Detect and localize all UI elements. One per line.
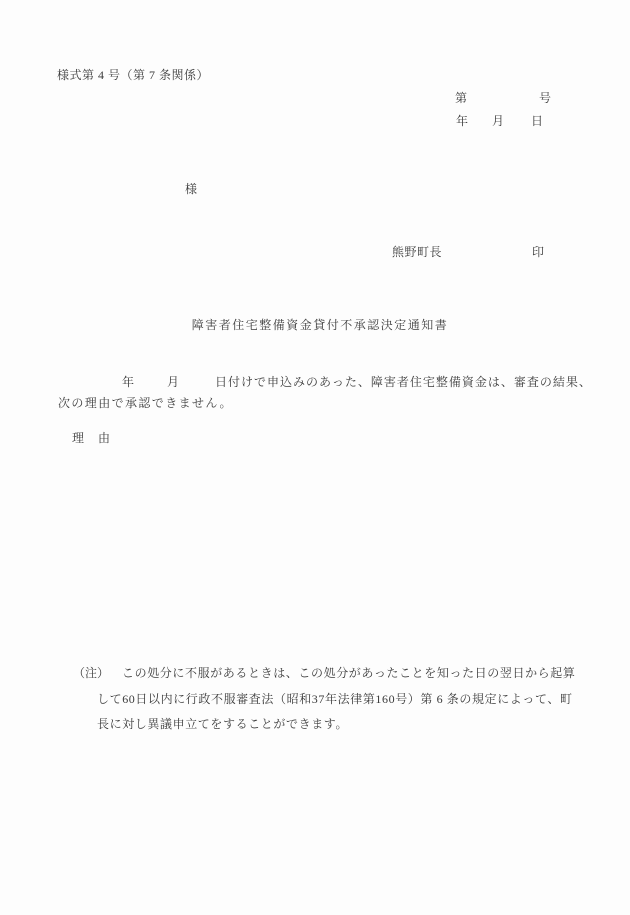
form-label: 様式第 4 号（第 7 条関係） [57,69,209,81]
issue-date-day-label: 日 [531,115,543,127]
doc-number-suffix: 号 [539,92,551,104]
issue-date-month-label: 月 [492,115,504,127]
body-line2: 次の理由で承認できません。 [58,397,233,409]
document-title: 障害者住宅整備資金貸付不承認決定通知書 [0,319,630,331]
issuer-name: 熊野町長 [392,246,442,258]
doc-number-prefix: 第 [455,92,467,104]
issue-date-year-label: 年 [456,115,468,127]
body-date-month-label: 月 [167,376,179,388]
body-date-year-label: 年 [122,376,134,388]
note-line1: この処分に不服があるときは、この処分があったことを知った日の翌日から起算 [122,667,575,679]
document-page: 様式第 4 号（第 7 条関係） 第 号 年 月 日 様 熊野町長 印 障害者住… [0,0,630,915]
note-line3: 長に対し異議申立てをすることができます。 [97,718,348,730]
body-line1: 日付けで申込みのあった、障害者住宅整備資金は、審査の結果、 [215,376,592,388]
note-marker: （注） [73,667,109,679]
seal-label: 印 [532,246,544,258]
reason-label: 理 由 [72,432,111,444]
note-line2: して60日以内に行政不服審査法（昭和37年法律第160号）第 6 条の規定によっ… [97,693,573,705]
addressee-honorific: 様 [185,183,197,195]
